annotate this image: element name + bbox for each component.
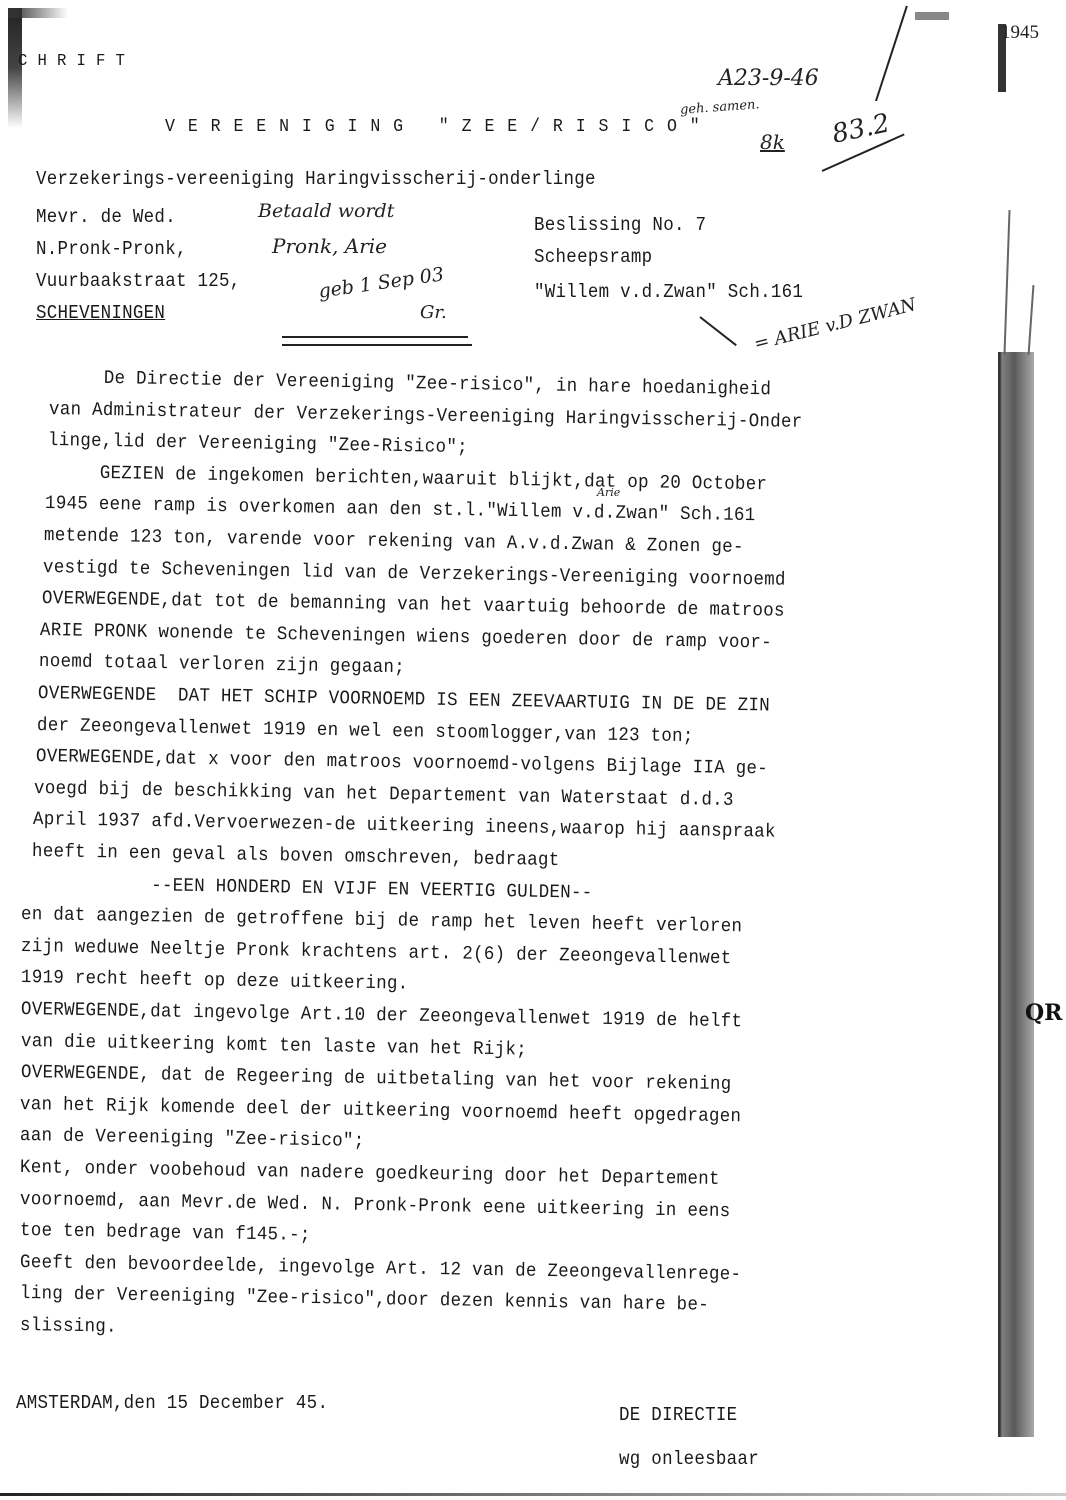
handwritten-owner-note: = ARIE v.D ZWAN — [752, 294, 918, 355]
body-line: van het Rijk komende deel der uitkeering… — [20, 1093, 742, 1127]
corner-year: 1945 — [1001, 22, 1039, 44]
handwritten-ok: 8k — [760, 130, 785, 154]
body-line: aan de Vereeniging "Zee-risico"; — [20, 1124, 365, 1152]
body-line: De Directie der Vereeniging "Zee-risico"… — [50, 366, 772, 400]
body-line: OVERWEGENDE,dat x voor den matroos voorn… — [35, 745, 767, 779]
signature-underline — [282, 336, 468, 338]
scan-line — [1028, 285, 1035, 355]
partial-heading: CHRIFT — [18, 52, 135, 71]
signature-note: wg onleesbaar — [619, 1448, 759, 1470]
addressee-line-2: N.Pronk-Pronk, — [36, 238, 187, 260]
association-title: VEREENIGING "ZEE/RISICO" — [165, 117, 713, 137]
handwritten-name: Pronk, Arie — [272, 234, 387, 258]
body-line: ARIE PRONK wonende te Scheveningen wiens… — [40, 619, 772, 653]
body-line: vestigd te Scheveningen lid van de Verze… — [43, 556, 786, 591]
association-subtitle: Verzekerings-vereeniging Haringvisscheri… — [36, 168, 596, 190]
body-line: April 1937 afd.Vervoerwezen-de uitkeerin… — [33, 808, 776, 843]
scan-line — [1003, 210, 1010, 355]
body-line: ling der Vereeniging "Zee-risico",door d… — [20, 1282, 709, 1316]
body-line: OVERWEGENDE DAT HET SCHIP VOORNOEMD IS E… — [38, 682, 770, 716]
scan-strip-right — [998, 352, 1034, 1437]
handwritten-note: geh. samen. — [680, 97, 760, 118]
body-line: der Zeeongevallenwet 1919 en wel een sto… — [37, 714, 694, 747]
decision-type: Scheepsramp — [534, 246, 652, 268]
body-line: en dat aangezien de getroffene bij de ra… — [21, 903, 743, 937]
scan-edge-bottom — [0, 1493, 1066, 1496]
handwritten-birthdate: geb 1 Sep 03 — [317, 263, 445, 302]
handwritten-paid-note: Betaald wordt — [258, 200, 394, 222]
decision-number: Beslissing No. 7 — [534, 214, 706, 236]
handwritten-initial: Gr. — [420, 302, 447, 323]
body-line: linge,lid der Vereeniging "Zee-Risico"; — [47, 429, 467, 458]
body-line: --EEN HONDERD EN VIJF EN VEERTIG GULDEN-… — [21, 872, 592, 904]
body-line: GEZIEN de ingekomen berichten,waaruit bl… — [46, 461, 768, 495]
body-line: voegd bij de beschikking van het Departe… — [34, 777, 734, 811]
addressee-line-1: Mevr. de Wed. — [36, 206, 176, 228]
body-line: 1945 eene ramp is overkomen aan den st.l… — [45, 492, 756, 526]
body-line: van Administrateur der Verzekerings-Vere… — [49, 398, 803, 433]
body-line: 1919 recht heeft op deze uitkeering. — [21, 966, 409, 995]
scan-mark-top — [915, 12, 949, 20]
body-line: OVERWEGENDE,dat ingevolge Art.10 der Zee… — [21, 998, 743, 1032]
pen-stroke — [875, 6, 908, 102]
body-line: heeft in een geval als boven omschreven,… — [32, 840, 560, 871]
scan-shadow-top — [8, 8, 68, 18]
body-line: van die uitkeering komt ten laste van he… — [21, 1030, 527, 1061]
body-line: voornoemd, aan Mevr.de Wed. N. Pronk-Pro… — [20, 1188, 731, 1222]
edge-mark: QR — [1025, 1000, 1062, 1026]
body-line: OVERWEGENDE, dat de Regeering de uitbeta… — [20, 1061, 731, 1095]
body-line: zijn weduwe Neeltje Pronk krachtens art.… — [21, 935, 732, 969]
body-line: slissing. — [20, 1314, 117, 1338]
body-line: toe ten bedrage van f145.-; — [20, 1219, 311, 1246]
body-line: metende 123 ton, varende voor rekening v… — [44, 524, 744, 558]
decision-ship: "Willem v.d.Zwan" Sch.161 — [534, 281, 803, 303]
addressee-city: SCHEVENINGEN — [36, 302, 165, 324]
body-line: Geeft den bevoordeelde, ingevolge Art. 1… — [20, 1251, 742, 1285]
place-and-date: AMSTERDAM,den 15 December 45. — [16, 1392, 328, 1414]
body-line: Kent, onder voobehoud van nadere goedkeu… — [20, 1156, 720, 1190]
body-line: OVERWEGENDE,dat tot de bemanning van het… — [41, 587, 784, 622]
signatory: DE DIRECTIE — [619, 1404, 737, 1426]
arrow-icon — [699, 316, 736, 346]
addressee-line-3: Vuurbaakstraat 125, — [36, 270, 241, 292]
handwritten-reference: A23-9-46 — [718, 66, 819, 91]
body-line: noemd totaal verloren zijn gegaan; — [39, 650, 405, 678]
handwritten-insert: Arie — [597, 486, 620, 499]
signature-underline — [282, 344, 472, 346]
